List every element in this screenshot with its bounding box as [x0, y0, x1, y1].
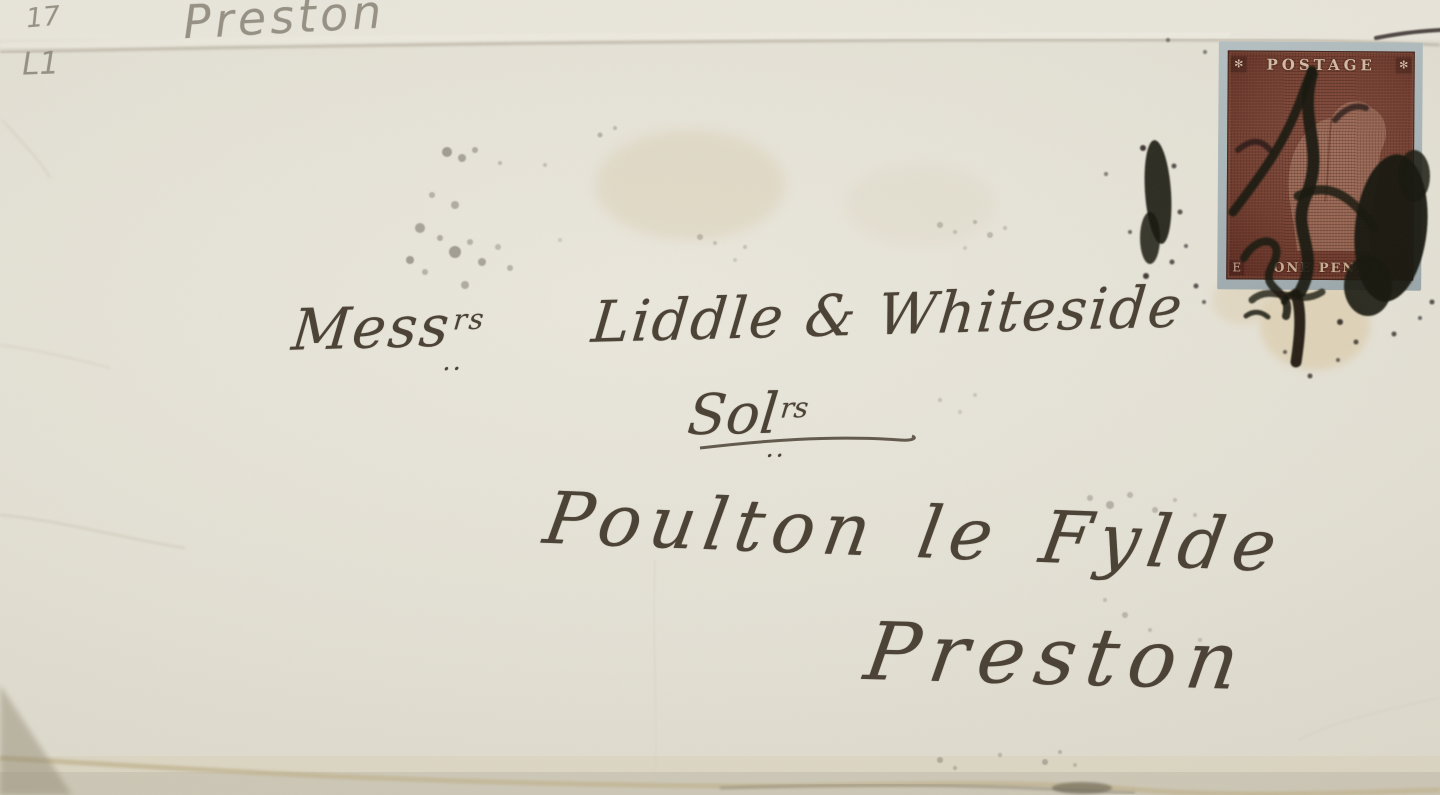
paper-grain-texture — [0, 0, 1440, 795]
postal-cover: 17 Preston L1 Messrs..Liddle & Whiteside… — [0, 0, 1440, 795]
